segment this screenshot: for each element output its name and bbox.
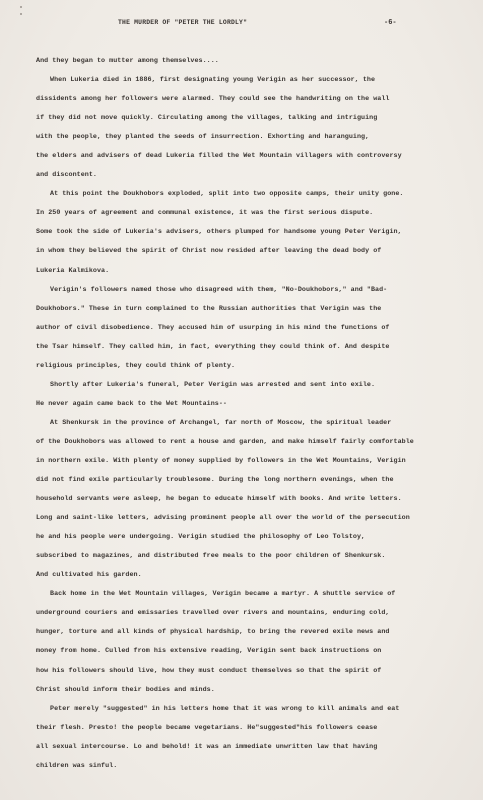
document-body: And they began to mutter among themselve… — [36, 52, 466, 776]
text-line: if they did not move quickly. Circulatin… — [36, 109, 466, 128]
text-line: subscribed to magazines, and distributed… — [36, 547, 466, 566]
text-line: of the Doukhobors was allowed to rent a … — [36, 433, 466, 452]
text-line: religious principles, they could think o… — [36, 357, 466, 376]
text-line: children was sinful. — [36, 757, 466, 776]
punch-mark — [20, 13, 22, 15]
text-line: with the people, they planted the seeds … — [36, 128, 466, 147]
text-line: Some took the side of Lukeria's advisers… — [36, 223, 466, 242]
text-line: hunger, torture and all kinds of physica… — [36, 623, 466, 642]
text-line: how his followers should live, how they … — [36, 662, 466, 681]
text-line: money from home. Culled from his extensi… — [36, 642, 466, 661]
text-line: Long and saint-like letters, advising pr… — [36, 509, 466, 528]
text-line: When Lukeria died in 1886, first designa… — [36, 71, 466, 90]
text-line: And they began to mutter among themselve… — [36, 52, 466, 71]
text-line: Peter merely "suggested" in his letters … — [36, 700, 466, 719]
text-line: Verigin's followers named those who disa… — [36, 281, 466, 300]
text-line: underground couriers and emissaries trav… — [36, 604, 466, 623]
text-line: Shortly after Lukeria's funeral, Peter V… — [36, 376, 466, 395]
punch-mark — [20, 6, 22, 8]
running-header: THE MURDER OF "PETER THE LORDLY" — [118, 19, 247, 26]
text-line: Lukeria Kalmikova. — [36, 262, 466, 281]
text-line: He never again came back to the Wet Moun… — [36, 395, 466, 414]
text-line: Doukhobors." These in turn complained to… — [36, 300, 466, 319]
text-line: household servants were asleep, he began… — [36, 490, 466, 509]
text-line: and discontent. — [36, 166, 466, 185]
typewritten-page: THE MURDER OF "PETER THE LORDLY" -6- And… — [0, 0, 483, 800]
text-line: the elders and advisers of dead Lukeria … — [36, 147, 466, 166]
text-line: the Tsar himself. They called him, in fa… — [36, 338, 466, 357]
text-line: And cultivated his garden. — [36, 566, 466, 585]
text-line: in northern exile. With plenty of money … — [36, 452, 466, 471]
text-line: dissidents among her followers were alar… — [36, 90, 466, 109]
page-number: -6- — [384, 19, 397, 27]
text-line: author of civil disobedience. They accus… — [36, 319, 466, 338]
text-line: Christ should inform their bodies and mi… — [36, 681, 466, 700]
text-line: In 250 years of agreement and communal e… — [36, 204, 466, 223]
text-line: in whom they believed the spirit of Chri… — [36, 242, 466, 261]
text-line: Back home in the Wet Mountain villages, … — [36, 585, 466, 604]
text-line: did not find exile particularly troubles… — [36, 471, 466, 490]
text-line: he and his people were undergoing. Verig… — [36, 528, 466, 547]
text-line: At Shenkursk in the province of Archange… — [36, 414, 466, 433]
text-line: all sexual intercourse. Lo and behold! i… — [36, 738, 466, 757]
text-line: At this point the Doukhobors exploded, s… — [36, 185, 466, 204]
text-line: their flesh. Presto! the people became v… — [36, 719, 466, 738]
